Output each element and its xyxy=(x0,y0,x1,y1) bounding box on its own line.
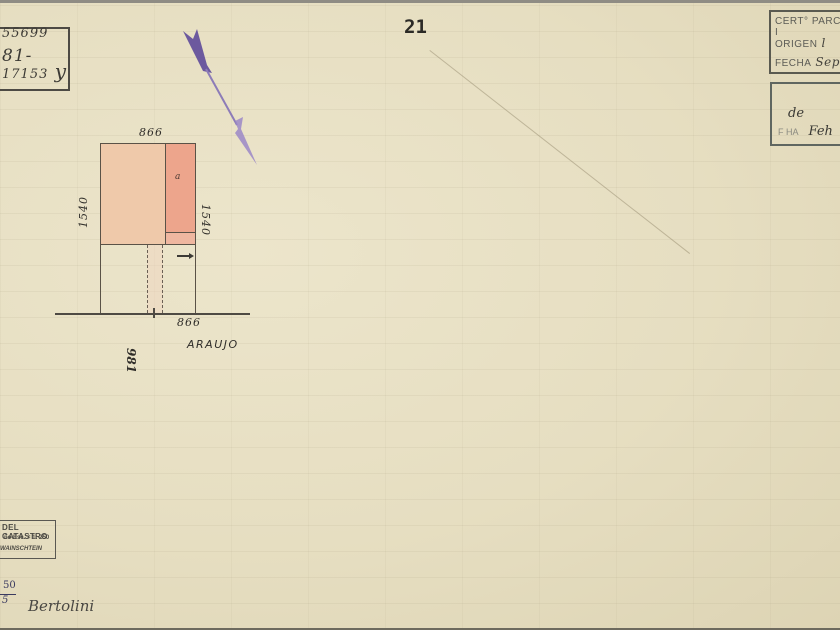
fraction-denominator: 5 xyxy=(2,595,8,606)
signature: Bertolini xyxy=(28,597,94,615)
dimension-top: 866 xyxy=(139,126,163,139)
secondary-fecha-value: Feh xyxy=(809,124,833,139)
registry-stamp-top-left: 55699 81- 17153 y xyxy=(0,27,70,91)
plot-plan: 866 a 1540 1540 866 981 ARAUJO xyxy=(55,120,255,360)
house-number: 981 xyxy=(124,348,138,373)
secondary-fecha-label: F HA xyxy=(778,127,799,137)
certificate-stamp: CERT° PARC° I ORIGENl FECHASep xyxy=(769,10,840,74)
street-name: ARAUJO xyxy=(187,338,239,351)
dimension-bottom: 866 xyxy=(177,316,201,329)
sheet-top-edge xyxy=(0,0,840,3)
dimension-right: 1540 xyxy=(199,204,212,236)
stamp-lot: 81- xyxy=(2,46,32,66)
fold-crease xyxy=(429,50,690,254)
fecha-value: Sep xyxy=(815,55,840,69)
cert-parc-label: CERT° PARC° I xyxy=(775,16,840,38)
page-number: 21 xyxy=(404,16,427,38)
passage-strip xyxy=(147,245,163,313)
stamp-number: 55699 xyxy=(2,26,48,41)
catastro-stamp: DEL CATASTRO ño Esc. = 1: 250 WAINSCHTEI… xyxy=(0,520,56,559)
lot-highlight-area xyxy=(165,143,196,234)
arrow-right-icon xyxy=(177,255,191,257)
fraction-numerator: 50 xyxy=(3,580,16,591)
catastro-scale: ño Esc. = 1: 250 xyxy=(4,535,49,541)
fecha-row: FECHASep xyxy=(775,55,840,69)
fecha-label: FECHA xyxy=(775,58,811,69)
stamp-initial: y xyxy=(55,59,66,83)
secondary-stamp-value: de xyxy=(788,106,804,121)
secondary-stamp: de F HAFeh xyxy=(770,82,840,146)
catastro-name: WAINSCHTEIN xyxy=(0,546,42,552)
dimension-left: 1540 xyxy=(77,196,90,228)
secondary-fecha-row: F HAFeh xyxy=(778,124,833,139)
lot-mark: a xyxy=(175,172,180,182)
street-tick xyxy=(153,308,155,318)
origen-row: ORIGENl xyxy=(775,36,826,50)
stamp-record: 17153 xyxy=(2,67,48,82)
origen-value: l xyxy=(821,36,825,50)
origen-label: ORIGEN xyxy=(775,39,817,50)
secondary-stamp-row: de xyxy=(778,106,804,121)
cadastral-sheet: 21 55699 81- 17153 y CERT° PARC° I ORIGE… xyxy=(0,0,840,630)
